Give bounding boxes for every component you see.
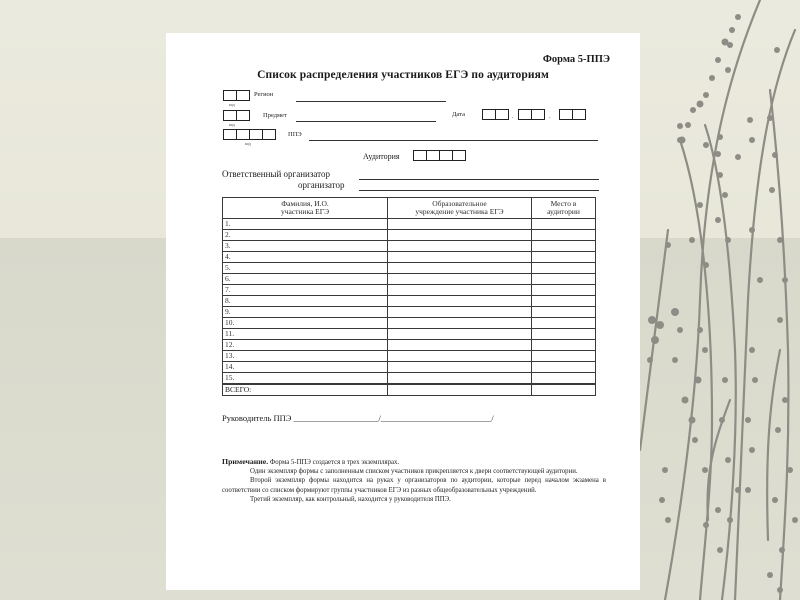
form-id: Форма 5-ППЭ (543, 54, 610, 65)
seat-cell[interactable] (532, 285, 596, 296)
seat-cell[interactable] (532, 219, 596, 230)
school-cell[interactable] (388, 318, 532, 329)
row-number-name-cell[interactable]: 6. (223, 274, 388, 285)
distribution-table: Фамилия, И.О.участника ЕГЭ Образовательн… (222, 197, 596, 396)
organizer-label: организатор (298, 180, 344, 190)
school-cell[interactable] (388, 329, 532, 340)
ppe-code-caption: код (245, 141, 251, 146)
ppe-head-signature: Руководитель ППЭ ____________________/__… (222, 413, 494, 423)
school-cell[interactable] (388, 351, 532, 362)
date-label: Дата (452, 111, 465, 118)
school-cell[interactable] (388, 252, 532, 263)
note-first-line: Форма 5-ППЭ создается в трех экземплярах… (270, 459, 399, 466)
school-cell[interactable] (388, 362, 532, 373)
seat-cell[interactable] (532, 230, 596, 241)
table-row: 2. (223, 230, 596, 241)
row-number-name-cell[interactable]: 8. (223, 296, 388, 307)
table-row: 5. (223, 263, 596, 274)
date-separator: . (512, 113, 514, 120)
note-paragraph: Один экземпляр формы с заполненным списк… (222, 467, 606, 476)
row-number-name-cell[interactable]: 7. (223, 285, 388, 296)
region-code-caption: код (229, 102, 235, 107)
subject-code-caption: код (229, 122, 235, 127)
school-cell[interactable] (388, 285, 532, 296)
seat-cell[interactable] (532, 252, 596, 263)
school-cell[interactable] (388, 219, 532, 230)
seat-cell[interactable] (532, 373, 596, 385)
date-month-boxes[interactable] (518, 109, 544, 120)
table-row: 13. (223, 351, 596, 362)
row-number-name-cell[interactable]: 12. (223, 340, 388, 351)
form-note: Примечание. Форма 5-ППЭ создается в трех… (222, 457, 606, 504)
school-cell[interactable] (388, 296, 532, 307)
school-cell[interactable] (388, 373, 532, 385)
seat-cell[interactable] (532, 351, 596, 362)
region-label: Регион (254, 91, 273, 98)
row-number-name-cell[interactable]: 2. (223, 230, 388, 241)
seat-cell[interactable] (532, 274, 596, 285)
total-school-cell[interactable] (388, 384, 532, 396)
note-heading: Примечание. (222, 457, 268, 466)
ppe-head-label: Руководитель ППЭ (222, 413, 291, 423)
school-cell[interactable] (388, 263, 532, 274)
seat-cell[interactable] (532, 296, 596, 307)
seat-cell[interactable] (532, 318, 596, 329)
row-number-name-cell[interactable]: 9. (223, 307, 388, 318)
table-row: 9. (223, 307, 596, 318)
school-cell[interactable] (388, 307, 532, 318)
region-field[interactable] (296, 101, 446, 102)
date-separator: . (549, 113, 551, 120)
table-row: 10. (223, 318, 596, 329)
column-header-school: Образовательноеучреждение участника ЕГЭ (388, 198, 532, 219)
table-row: 8. (223, 296, 596, 307)
organizer-field[interactable] (359, 190, 599, 191)
table-row: 15. (223, 373, 596, 385)
note-paragraph: Третий экземпляр, как контрольный, наход… (222, 495, 606, 504)
column-header-name: Фамилия, И.О.участника ЕГЭ (223, 198, 388, 219)
table-row: 4. (223, 252, 596, 263)
row-number-name-cell[interactable]: 1. (223, 219, 388, 230)
table-header-row: Фамилия, И.О.участника ЕГЭ Образовательн… (223, 198, 596, 219)
date-year-boxes[interactable] (559, 109, 585, 120)
table-row: 11. (223, 329, 596, 340)
row-number-name-cell[interactable]: 4. (223, 252, 388, 263)
table-row: 1. (223, 219, 596, 230)
row-number-name-cell[interactable]: 14. (223, 362, 388, 373)
seat-cell[interactable] (532, 329, 596, 340)
seat-cell[interactable] (532, 340, 596, 351)
subject-label: Предмет (263, 112, 287, 119)
seat-cell[interactable] (532, 263, 596, 274)
row-number-name-cell[interactable]: 3. (223, 241, 388, 252)
ppe-head-signature-line[interactable]: ____________________/___________________… (294, 413, 494, 423)
row-number-name-cell[interactable]: 11. (223, 329, 388, 340)
form-title: Список распределения участников ЕГЭ по а… (166, 69, 640, 81)
row-number-name-cell[interactable]: 15. (223, 373, 388, 385)
form-page: Форма 5-ППЭ Список распределения участни… (166, 33, 640, 590)
subject-field[interactable] (296, 121, 436, 122)
total-seat-cell[interactable] (532, 384, 596, 396)
seat-cell[interactable] (532, 362, 596, 373)
table-row: 6. (223, 274, 596, 285)
school-cell[interactable] (388, 230, 532, 241)
room-number-boxes[interactable] (413, 150, 465, 161)
region-code-boxes[interactable] (223, 90, 249, 101)
table-row: 12. (223, 340, 596, 351)
seat-cell[interactable] (532, 307, 596, 318)
ppe-code-boxes[interactable] (223, 129, 275, 140)
column-header-seat: Место ваудитории (532, 198, 596, 219)
responsible-organizer-field[interactable] (359, 179, 599, 180)
table-total-row: ВСЕГО: (223, 384, 596, 396)
school-cell[interactable] (388, 241, 532, 252)
ppe-field[interactable] (309, 140, 598, 141)
table-row: 14. (223, 362, 596, 373)
note-paragraph: Второй экземпляр формы находится на рука… (222, 476, 606, 494)
row-number-name-cell[interactable]: 10. (223, 318, 388, 329)
school-cell[interactable] (388, 274, 532, 285)
date-day-boxes[interactable] (482, 109, 508, 120)
total-label: ВСЕГО: (223, 384, 388, 396)
school-cell[interactable] (388, 340, 532, 351)
row-number-name-cell[interactable]: 5. (223, 263, 388, 274)
room-label: Аудитория (363, 152, 400, 161)
table-row: 3. (223, 241, 596, 252)
row-number-name-cell[interactable]: 13. (223, 351, 388, 362)
responsible-organizer-label: Ответственный организатор (222, 169, 330, 179)
seat-cell[interactable] (532, 241, 596, 252)
table-row: 7. (223, 285, 596, 296)
subject-code-boxes[interactable] (223, 110, 249, 121)
ppe-label: ППЭ (288, 131, 302, 138)
